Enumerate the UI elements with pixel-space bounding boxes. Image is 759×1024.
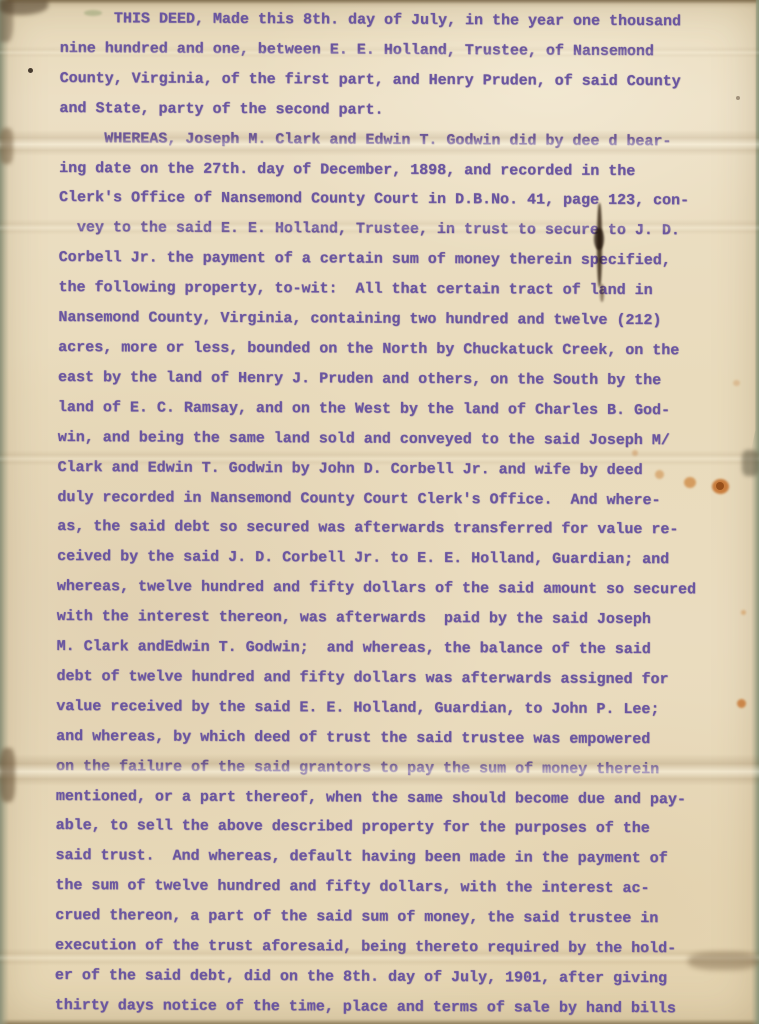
rust-dot-right-edge <box>737 699 746 708</box>
scanned-deed-document: THIS DEED, Made this 8th. day of July, i… <box>0 0 759 1024</box>
ink-streak <box>597 203 602 287</box>
rust-stain-small <box>655 470 664 479</box>
ink-streak-blob <box>594 228 604 250</box>
rust-dot-right-edge-small <box>741 610 746 615</box>
edge-shadow-left-fold-top <box>0 128 13 164</box>
green-smudge-top-left <box>84 10 102 16</box>
rust-stain-large-core <box>716 482 724 490</box>
rust-stain-medium <box>684 477 696 488</box>
edge-shadow-left-fold-bottom <box>0 748 15 802</box>
rust-speck-1 <box>632 450 638 456</box>
crease-shadow-bottom-right <box>688 952 759 970</box>
ink-speck-left-margin <box>28 68 33 73</box>
edge-shadow-right-fold <box>742 450 759 476</box>
rust-speck-2 <box>733 380 740 386</box>
corner-shadow-top-left-side <box>0 0 13 42</box>
ink-streak-tail <box>600 284 604 302</box>
corner-shadow-top-left <box>0 0 48 15</box>
speck-right-top <box>736 96 740 100</box>
rust-stain-large <box>712 479 729 494</box>
stains-layer <box>0 0 759 1024</box>
